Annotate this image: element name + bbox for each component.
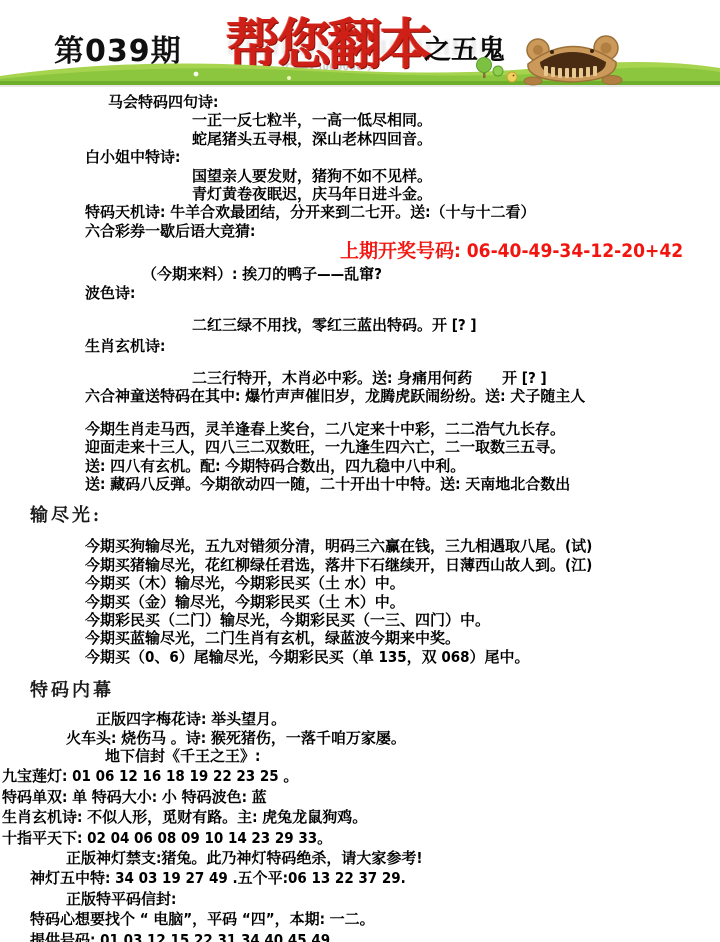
last-draw-numbers: 上期开奖号码: 06-40-49-34-12-20+42 <box>0 240 720 262</box>
text-line: 送: 藏码八反弹。今期欲动四一随，二十开出十中特。送: 天南地北合数出 <box>0 475 720 493</box>
tree-icon <box>477 58 504 79</box>
text-line: 六合彩券一歇后语大竞猜: <box>0 222 720 240</box>
chick-icon <box>507 72 517 82</box>
mascot-scene <box>460 22 660 88</box>
text-line: 二红三绿不用找，零红三蓝出特码。开 [? ] <box>0 316 720 334</box>
text-line: 今期买蓝输尽光，二门生肖有玄机，绿蓝波今期来中奖。 <box>0 629 720 647</box>
section-heading: 输尽光: <box>0 503 720 529</box>
text-line: 生肖玄机诗: 不似人形，觅财有路。主: 虎兔龙鼠狗鸡。 <box>0 808 720 826</box>
text-line: 青灯黄卷夜眠迟，庆马年日进斗金。 <box>0 185 720 203</box>
document-body: 马会特码四句诗:一正一反七粒半，一高一低尽相同。蛇尾猪头五寻根，深山老林四回音。… <box>0 88 720 942</box>
text-line: 今期生肖走马西，灵羊逢春上奖台，二八定来十中彩，二二浩气九长存。 <box>0 420 720 438</box>
text-line: 白小姐中特诗: <box>0 148 720 166</box>
text-line: 特码天机诗: 牛羊合欢最团结，分开来到二七开。送:（十与十二看） <box>0 203 720 221</box>
text-line: 今期彩民买（二门）输尽光，今期彩民买（一三、四门）中。 <box>0 611 720 629</box>
bear-icon <box>524 36 622 85</box>
text-line: 火车头: 烧伤马 。诗: 猴死猪伤，一落千咱万家屡。 <box>0 729 720 747</box>
text-line: 今期买狗输尽光，五九对错须分清，明码三六赢在钱，三九相遇取八尾。(试) <box>0 537 720 555</box>
text-line: 今期买猪输尽光，花红柳绿任君选，落井下石继续开，日薄西山故人到。(江) <box>0 556 720 574</box>
text-line: 迎面走来十三人，四八三二双数旺，一九逢生四六亡，二一取数三五寻。 <box>0 438 720 456</box>
text-line: 生肖玄机诗: <box>0 337 720 355</box>
text-line: 国望亲人要发财，猪狗不如不见样。 <box>0 167 720 185</box>
text-line: 正版特平码信封: <box>0 890 720 908</box>
text-line: 地下信封《千王之王》: <box>0 747 720 765</box>
text-line: 马会特码四句诗: <box>0 93 720 111</box>
text-line: 特码单双: 单 特码大小: 小 特码波色: 蓝 <box>0 788 720 806</box>
text-line: 今期买（木）输尽光，今期彩民买（土 水）中。 <box>0 574 720 592</box>
text-line: （今期来料）: 挨刀的鸭子——乱窜? <box>0 265 720 283</box>
text-line: 九宝莲灯: 01 06 12 16 18 19 22 23 25 。 <box>0 767 720 785</box>
text-line: 十指平天下: 02 04 06 08 09 10 14 23 29 33。 <box>0 829 720 847</box>
text-line: 送: 四八有玄机。配: 今期特码合数出，四九稳中八中利。 <box>0 457 720 475</box>
text-line: 正版神灯禁支:猪兔。此乃神灯特码绝杀，请大家参考! <box>0 849 720 867</box>
text-line: 今期买（0、6）尾输尽光，今期彩民买（单 135，双 068）尾中。 <box>0 648 720 666</box>
text-line: 一正一反七粒半，一高一低尽相同。 <box>0 111 720 129</box>
page: 第039期 ICP备25000006号 帮您翻本之五鬼 <box>0 0 720 942</box>
text-line: 二三行特开，木肖必中彩。送: 身痛用何药 开 [? ] <box>0 369 720 387</box>
text-line: 蛇尾猪头五寻根，深山老林四回音。 <box>0 130 720 148</box>
text-line: 六合神童送特码在其中: 爆竹声声催旧岁，龙腾虎跃闹纷纷。送: 犬子随主人 <box>0 387 720 405</box>
text-line: 提供号码: 01 03 12 15 22 31 34 40 45 49。 <box>0 931 720 942</box>
masthead: 第039期 ICP备25000006号 帮您翻本之五鬼 <box>0 0 720 88</box>
text-line: 波色诗: <box>0 284 720 302</box>
text-line: 今期买（金）输尽光，今期彩民买（土 木）中。 <box>0 593 720 611</box>
text-line: 神灯五中特: 34 03 19 27 49 .五个平:06 13 22 37 2… <box>0 869 720 887</box>
text-line: 特码心想要找个 “ 电脑”，平码 “四”，本期: 一二。 <box>0 910 720 928</box>
text-line: 正版四字梅花诗: 举头望月。 <box>0 710 720 728</box>
section-heading: 特码内幕 <box>0 678 720 704</box>
